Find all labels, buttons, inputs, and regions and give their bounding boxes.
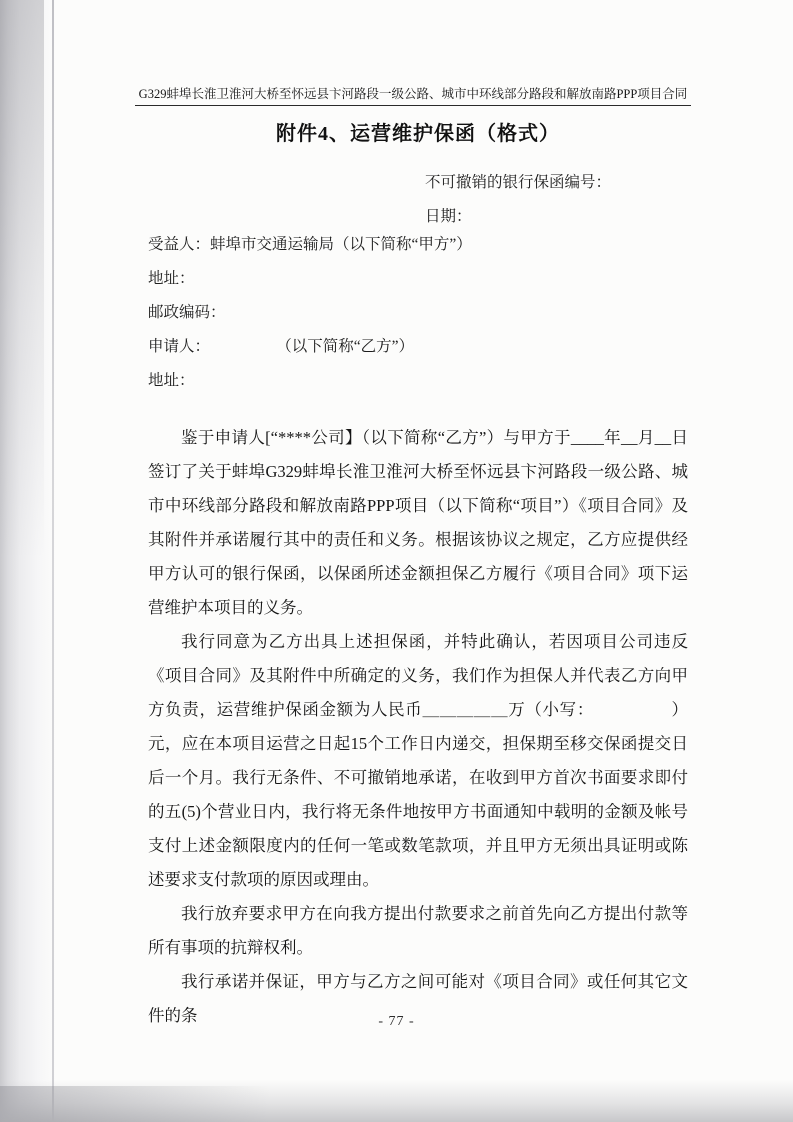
guarantee-number-label: 不可撤销的银行保函编号： bbox=[425, 170, 611, 192]
body-paragraph-3: 我行放弃要求甲方在向我方提出付款要求之前首先向乙方提出付款等所有事项的抗辩权利。 bbox=[148, 897, 688, 965]
body-paragraph-2: 我行同意为乙方出具上述担保函，并特此确认，若因项目公司违反《项目合同》及其附件中… bbox=[148, 625, 688, 897]
applicant-label: 申请人： bbox=[148, 338, 210, 355]
page-edge-line bbox=[52, 0, 54, 1122]
date-label: 日期： bbox=[425, 204, 472, 226]
page-number: - 77 - bbox=[0, 1014, 793, 1030]
beneficiary-line: 受益人：蚌埠市交通运输局（以下简称“甲方”） bbox=[148, 232, 472, 254]
contract-header: G329蚌埠长淮卫淮河大桥至怀远县卞河路段一级公路、城市中环线部分路段和解放南路… bbox=[135, 84, 691, 106]
body-paragraph-1: 鉴于申请人[“****公司】（以下简称“乙方”）与甲方于____年__月__日签… bbox=[148, 421, 688, 625]
applicant-note: （以下简称“乙方”） bbox=[284, 338, 414, 355]
scanned-page: G329蚌埠长淮卫淮河大桥至怀远县卞河路段一级公路、城市中环线部分路段和解放南路… bbox=[0, 0, 793, 1122]
guarantee-body: 鉴于申请人[“****公司】（以下简称“乙方”）与甲方于____年__月__日签… bbox=[148, 421, 688, 1033]
applicant-address-line: 地址： bbox=[148, 368, 195, 390]
applicant-line: 申请人：（以下简称“乙方”） bbox=[148, 334, 414, 356]
postal-code-line: 邮政编码： bbox=[148, 300, 226, 322]
scan-left-top-shadow bbox=[0, 0, 44, 560]
beneficiary-address-line: 地址： bbox=[148, 266, 195, 288]
attachment-title: 附件4、运营维护保函（格式） bbox=[148, 117, 688, 146]
page-content: G329蚌埠长淮卫淮河大桥至怀远县卞河路段一级公路、城市中环线部分路段和解放南路… bbox=[148, 0, 688, 1122]
